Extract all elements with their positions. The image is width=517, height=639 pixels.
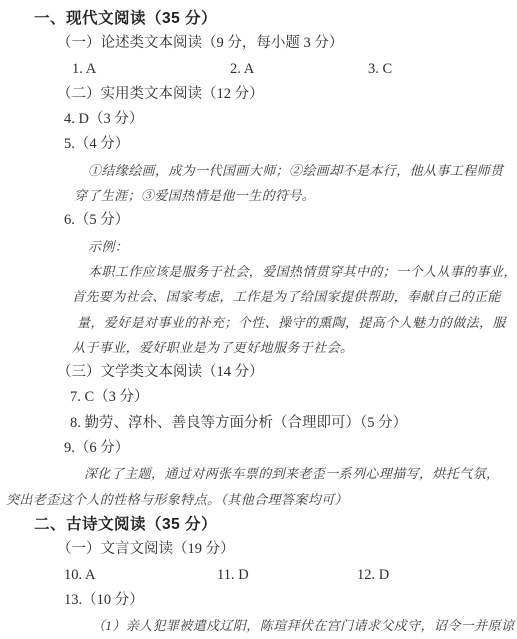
answer-q13-label: 13.（10 分） <box>64 588 517 613</box>
exam-answer-key-page: 一、现代文阅读（35 分） （一）论述类文本阅读（9 分，每小题 3 分） 1.… <box>0 0 517 639</box>
answer-q9-text-line2: 突出老歪这个人的性格与形象特点。（其他合理答案均可） <box>6 487 517 512</box>
answer-q7: 7. C（3 分） <box>70 385 517 410</box>
answer-q6-label: 6.（5 分） <box>64 208 517 233</box>
answer-q6-text-line2: 首先要为社会、国家考虑，工作是为了给国家提供帮助，奉献自己的正能 <box>72 284 517 309</box>
answer-q12: 12. D <box>357 567 389 583</box>
answer-q4: 4. D（3 分） <box>64 107 517 132</box>
subsection-1-3-heading: （三）文学类文本阅读（14 分） <box>57 360 517 385</box>
answer-q13-text-line1: （1）亲人犯罪被遣戍辽阳，陈瑄拜伏在宫门请求父戍守，诏令一并原谅 <box>92 613 517 638</box>
answer-q9-text-line1: 深化了主题，通过对两张车票的到来老歪一系列心理描写，烘托气氛， <box>84 461 517 486</box>
answer-q10: 10. A <box>64 563 217 588</box>
answers-row-q10-q12: 10. A11. D12. D <box>64 563 517 588</box>
answer-q5-text-line2: 穿了生涯；③爱国热情是他一生的符号。 <box>74 183 517 208</box>
section-1-heading: 一、现代文阅读（35 分） <box>34 6 517 31</box>
subsection-2-1-heading: （一）文言文阅读（19 分） <box>57 537 517 562</box>
section-2-heading: 二、古诗文阅读（35 分） <box>34 512 517 537</box>
answer-q8: 8. 勤劳、淳朴、善良等方面分析（合理即可）（5 分） <box>70 411 517 436</box>
answer-q1: 1. A <box>72 57 230 82</box>
answer-q6-example-label: 示例： <box>88 234 517 259</box>
answer-q5-label: 5.（4 分） <box>64 132 517 157</box>
answer-q2: 2. A <box>230 57 368 82</box>
answers-row-q1-q3: 1. A2. A3. C <box>72 57 517 82</box>
answer-q9-label: 9.（6 分） <box>64 436 517 461</box>
answer-q6-text-line4: 从于事业，爱好职业是为了更好地服务于社会。 <box>72 335 517 360</box>
answer-q11: 11. D <box>217 563 357 588</box>
answer-q6-text-line3: 量，爱好是对事业的补充；个性、操守的熏陶，提高个人魅力的做法，服 <box>77 310 517 335</box>
answer-q5-text-line1: ①结缘绘画，成为一代国画大师；②绘画却不是本行，他从事工程师贯 <box>88 158 517 183</box>
subsection-1-1-heading: （一）论述类文本阅读（9 分，每小题 3 分） <box>57 31 517 56</box>
answer-q6-text-line1: 本职工作应该是服务于社会，爱国热情贯穿其中的；一个人从事的事业， <box>88 259 517 284</box>
subsection-1-2-heading: （二）实用类文本阅读（12 分） <box>57 82 517 107</box>
answer-q3: 3. C <box>368 61 392 77</box>
